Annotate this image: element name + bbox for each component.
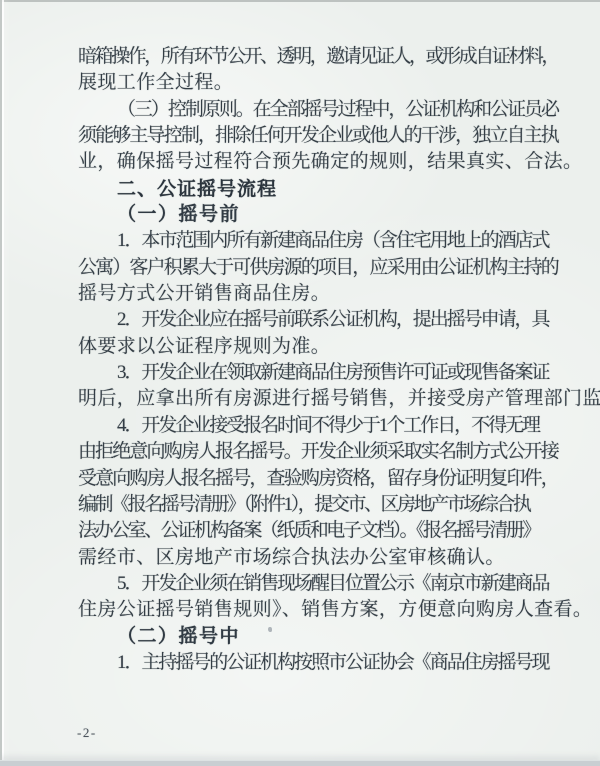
document-line: 需经市、区房地产市场综合执法办公室审核确认。 [78,545,558,571]
document-line: 4．开发企业接受报名时间不得少于1个工作日，不得无理 [78,413,558,439]
document-line: 法办公室、公证机构备案（纸质和电子文档）。《报名摇号清册》 [78,518,558,544]
page-number: -2- [77,726,97,740]
document-line: 3．开发企业在领取新建商品住房预售许可证或现售备案证 [78,360,558,386]
document-line: （一）摇号前 [78,202,558,228]
scan-speck [268,627,272,632]
document-line: 展现工作全过程。 [78,70,558,96]
document-line: 住房公证摇号销售规则》、销售方案，方便意向购房人查看。 [78,597,558,623]
document-line: 由拒绝意向购房人报名摇号。开发企业须采取实名制方式公开接 [78,439,558,465]
document-body: 暗箱操作，所有环节公开、透明，邀请见证人，或形成自证材料，展现工作全过程。（三）… [78,44,558,676]
document-line: 业，确保摇号过程符合预先确定的规则，结果真实、合法。 [78,149,558,175]
document-line: 摇号方式公开销售商品住房。 [78,281,558,307]
document-line: 受意向购房人报名摇号，查验购房资格，留存身份证明复印件， [78,466,558,492]
document-line: 2．开发企业应在摇号前联系公证机构，提出摇号申请，具 [78,307,558,333]
document-line: 体要求以公证程序规则为准。 [78,334,558,360]
document-line: 编制《报名摇号清册》（附件1），提交市、区房地产市场综合执 [78,492,558,518]
document-line: 二、公证摇号流程 [78,176,558,202]
document-page: 暗箱操作，所有环节公开、透明，邀请见证人，或形成自证材料，展现工作全过程。（三）… [0,0,600,766]
document-line: 5．开发企业须在销售现场醒目位置公示《南京市新建商品 [78,571,558,597]
document-line: 明后，应拿出所有房源进行摇号销售，并接受房产管理部门监督。 [78,386,558,412]
scan-edge-top [0,0,600,2]
scan-edge-bottom [0,761,600,766]
document-line: 1．本市范围内所有新建商品住房（含住宅用地上的酒店式 [78,228,558,254]
document-line: 须能够主导控制，排除任何开发企业或他人的干涉，独立自主执 [78,123,558,149]
document-line: 暗箱操作，所有环节公开、透明，邀请见证人，或形成自证材料， [78,44,558,70]
document-line: （三）控制原则。在全部摇号过程中，公证机构和公证员必 [78,97,558,123]
document-line: 公寓）客户积累大于可供房源的项目，应采用由公证机构主持的 [78,255,558,281]
document-line: （二）摇号中 [78,624,558,650]
scan-edge-left [0,0,2,766]
document-line: 1．主持摇号的公证机构按照市公证协会《商品住房摇号现 [78,650,558,676]
